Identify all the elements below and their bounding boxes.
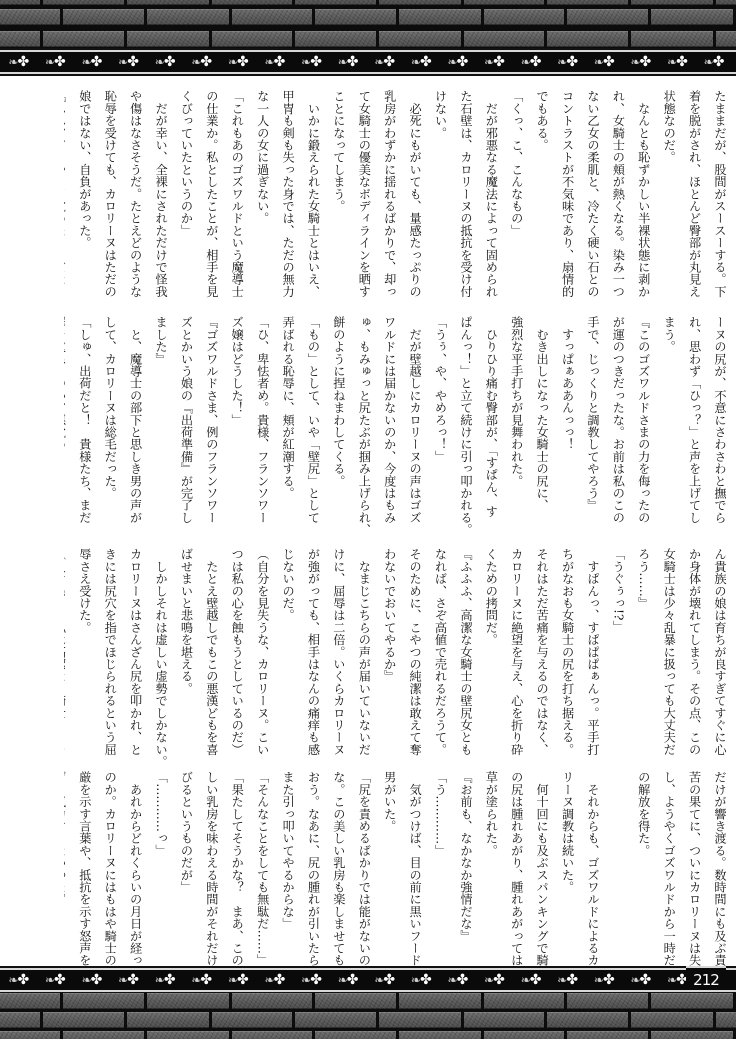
- vine-flower-ornament-icon: ❧✤: [146, 970, 183, 991]
- brick: [567, 1031, 648, 1039]
- text-column: 「う…………」: [427, 771, 452, 983]
- quatrefoil-flower-icon: ✤: [237, 54, 248, 70]
- text-column: 草が塗られた。: [478, 771, 503, 983]
- text-column: 「そんなことをしても無駄だ……」: [249, 771, 274, 983]
- text-column: 『ふふ、どうやら目覚めたようだな』: [64, 90, 71, 302]
- text-column: のか。カロリーヌにはもはや騎士の威: [97, 771, 122, 983]
- brick: [232, 9, 312, 25]
- text-column: て女騎士の優美なボディラインを晒す: [351, 90, 376, 302]
- vine-flower-ornament-icon: ❧✤: [146, 52, 183, 73]
- vine-flower-ornament-icon: ❧✤: [512, 52, 549, 73]
- text-column: と、魔導士の部下と思しき男の声が: [122, 316, 147, 528]
- brick: [631, 0, 713, 5]
- brick: [0, 1012, 40, 1028]
- text-column: な。この美しい乳房も楽しませてもら: [326, 771, 351, 983]
- vine-icon: ❧: [557, 55, 566, 69]
- vine-icon: ❧: [301, 55, 310, 69]
- vine-icon: ❧: [118, 55, 127, 69]
- vine-flower-ornament-icon: ❧✤: [622, 970, 659, 991]
- quatrefoil-flower-icon: ✤: [17, 54, 28, 70]
- brick-row: [0, 0, 736, 5]
- text-column: 乳房がわずかに揺れるばかりで、却っ: [376, 90, 401, 302]
- text-column: だけが響き渡る。数時間にも及ぶ責め: [707, 771, 732, 983]
- vine-flower-ornament-icon: ❧✤: [183, 52, 220, 73]
- quatrefoil-flower-icon: ✤: [676, 54, 687, 70]
- text-column: くための拷問だ。: [478, 548, 503, 760]
- brick: [295, 1012, 376, 1028]
- vine-icon: ❧: [228, 973, 237, 987]
- vine-icon: ❧: [82, 973, 91, 987]
- vine-flower-ornament-icon: ❧✤: [329, 52, 366, 73]
- text-column: カロリーヌはさんざん尻を叩かれ、と: [122, 548, 147, 760]
- vine-flower-ornament-icon: ❧✤: [659, 52, 696, 73]
- text-column: おう。なあに、尻の腫れが引いたら、: [300, 771, 325, 983]
- quatrefoil-flower-icon: ✤: [347, 972, 358, 988]
- text-column: なまじこちらの声が届いていないだ: [351, 548, 376, 760]
- vine-flower-ornament-icon: ❧✤: [110, 52, 147, 73]
- quatrefoil-flower-icon: ✤: [17, 972, 28, 988]
- vine-icon: ❧: [45, 973, 54, 987]
- quatrefoil-flower-icon: ✤: [91, 54, 102, 70]
- brick: [147, 993, 229, 1009]
- vine-flower-ornament-icon: ❧✤: [37, 970, 74, 991]
- text-column: ん貴族の娘は育ちが良すぎてすぐに心: [707, 548, 732, 760]
- brick: [232, 993, 312, 1009]
- brick: [484, 1031, 564, 1039]
- vine-flower-ornament-icon: ❧✤: [732, 52, 736, 73]
- text-column: ばせまいと悲鳴を堪える。: [173, 548, 198, 760]
- vine-flower-ornament-icon: ❧✤: [0, 52, 37, 73]
- text-column: すっぱぁああんっっ！: [554, 316, 579, 528]
- text-column: いかに鍛えられた女騎士とはいえ、: [300, 90, 325, 302]
- vine-flower-ornament-icon: ❧✤: [256, 52, 293, 73]
- bottom-ornament-band: ❧✤❧✤❧✤❧✤❧✤❧✤❧✤❧✤❧✤❧✤❧✤❧✤❧✤❧✤❧✤❧✤❧✤❧✤❧✤❧✤…: [0, 968, 736, 992]
- vine-flower-ornament-icon: ❧✤: [73, 52, 110, 73]
- quatrefoil-flower-icon: ✤: [713, 54, 724, 70]
- text-column: 「うぅ、や、やめろっ！」: [427, 316, 452, 528]
- vine-flower-ornament-icon: ❧✤: [586, 970, 623, 991]
- vine-icon: ❧: [265, 55, 274, 69]
- text-column: びるというものだが」: [173, 771, 198, 983]
- text-column: 必死にもがいても、量感たっぷりの: [402, 90, 427, 302]
- brick: [315, 9, 396, 25]
- brick: [547, 1012, 628, 1028]
- quatrefoil-flower-icon: ✤: [640, 54, 651, 70]
- text-column: 甲冑も剣も失った身では、ただの無力: [275, 90, 300, 302]
- brick: [399, 993, 481, 1009]
- vine-icon: ❧: [667, 973, 676, 987]
- text-column: 苦の果てに、ついにカロリーヌは失神: [681, 771, 706, 983]
- brick: [43, 1012, 124, 1028]
- top-stone-border: [0, 0, 736, 49]
- text-column: ひりひり痛む臀部が、「すぱん、す: [478, 316, 503, 528]
- vine-icon: ❧: [155, 973, 164, 987]
- quatrefoil-flower-icon: ✤: [54, 54, 65, 70]
- quatrefoil-flower-icon: ✤: [164, 972, 175, 988]
- vine-flower-ornament-icon: ❧✤: [366, 52, 403, 73]
- brick: [63, 9, 144, 25]
- text-column: 「果たしてそうかな？ まあ、この美: [224, 771, 249, 983]
- quatrefoil-flower-icon: ✤: [200, 54, 211, 70]
- text-column: して、カロリーヌは総毛だった。: [97, 316, 122, 528]
- text-column: たとえ壁越しでもこの悪漢どもを喜: [198, 548, 223, 760]
- quatrefoil-flower-icon: ✤: [493, 54, 504, 70]
- vine-flower-ornament-icon: ❧✤: [549, 52, 586, 73]
- vine-icon: ❧: [118, 973, 127, 987]
- top-ornament-band: ❧✤❧✤❧✤❧✤❧✤❧✤❧✤❧✤❧✤❧✤❧✤❧✤❧✤❧✤❧✤❧✤❧✤❧✤❧✤❧✤…: [0, 50, 736, 74]
- quatrefoil-flower-icon: ✤: [237, 972, 248, 988]
- vine-flower-ornament-icon: ❧✤: [549, 970, 586, 991]
- text-column: だが邪悪なる魔法によって固められ: [478, 90, 503, 302]
- vine-flower-ornament-icon: ❧✤: [622, 52, 659, 73]
- brick: [147, 9, 229, 25]
- quatrefoil-flower-icon: ✤: [127, 972, 138, 988]
- brick: [379, 1012, 461, 1028]
- brick-row: [0, 1012, 736, 1028]
- text-column: 「しゅ、出荷だと！ 貴様たち、まだ: [71, 316, 96, 528]
- brick: [232, 1031, 312, 1039]
- vine-flower-ornament-icon: ❧✤: [476, 52, 513, 73]
- vine-icon: ❧: [630, 55, 639, 69]
- brick-row: [0, 31, 736, 47]
- brick: [716, 31, 736, 47]
- text-column: 「…………っ」: [148, 771, 173, 983]
- vine-flower-ornament-icon: ❧✤: [439, 970, 476, 991]
- quatrefoil-flower-icon: ✤: [200, 972, 211, 988]
- quatrefoil-flower-icon: ✤: [530, 972, 541, 988]
- vine-flower-ornament-icon: ❧✤: [0, 970, 37, 991]
- vine-icon: ❧: [228, 55, 237, 69]
- text-column: 「ひ、卑怯者め。貴様、フランソワー: [249, 316, 274, 528]
- text-column: れ、女騎士の頬が熱くなる。染み一つ: [605, 90, 630, 302]
- vine-icon: ❧: [448, 973, 457, 987]
- brick: [63, 993, 144, 1009]
- brick: [315, 993, 396, 1009]
- text-column: 女騎士は少々乱暴に扱っても大丈夫だ: [656, 548, 681, 760]
- quatrefoil-flower-icon: ✤: [383, 972, 394, 988]
- brick: [212, 1012, 292, 1028]
- text-column: つは私の心を蝕もうとしているのだ）: [224, 548, 249, 760]
- text-column: 餅のように捏ねまわしてくる。: [326, 316, 351, 528]
- text-tier-4: だけが響き渡る。数時間にも及ぶ責め苦の果てに、ついにカロリーヌは失神し、ようやく…: [64, 771, 732, 983]
- text-column: それからも、ゴズワルドによるカロ: [580, 771, 605, 983]
- brick: [716, 0, 736, 5]
- page-number: 212: [686, 966, 726, 990]
- brick: [399, 9, 481, 25]
- text-column: たままだが、股間がスースーする。下: [707, 90, 732, 302]
- text-column: げる気力すらなかった。: [64, 771, 71, 983]
- quatrefoil-flower-icon: ✤: [310, 972, 321, 988]
- text-column: 着を脱がされ、ほとんど臀部が丸見え: [681, 90, 706, 302]
- brick: [651, 9, 733, 25]
- brick: [0, 1031, 60, 1039]
- text-column: ズ嬢はどうした！」: [224, 316, 249, 528]
- quatrefoil-flower-icon: ✤: [493, 972, 504, 988]
- text-column: や傷はなさそうだ。たとえどのような: [122, 90, 147, 302]
- brick: [127, 31, 209, 47]
- text-column: ワルドには届かないのか、今度はもみ: [376, 316, 401, 528]
- text-column: ろう……』: [630, 548, 655, 760]
- brick: [147, 1031, 229, 1039]
- brick-row: [0, 1031, 736, 1039]
- vine-flower-ornament-icon: ❧✤: [732, 970, 736, 991]
- text-column: 『このゴズワルドさまの力を侮ったの: [630, 316, 655, 528]
- vine-icon: ❧: [630, 973, 639, 987]
- brick: [484, 993, 564, 1009]
- brick: [399, 1031, 481, 1039]
- text-column: 男がいた。: [376, 771, 401, 983]
- text-column: ズとかいう娘の『出荷準備』が完了し: [173, 316, 198, 528]
- quatrefoil-flower-icon: ✤: [347, 54, 358, 70]
- quatrefoil-flower-icon: ✤: [383, 54, 394, 70]
- brick: [716, 1012, 736, 1028]
- text-column: 弄ばれる恥辱に、頬が紅潮する。: [275, 316, 300, 528]
- vine-icon: ❧: [411, 973, 420, 987]
- vine-flower-ornament-icon: ❧✤: [403, 970, 440, 991]
- text-column: 辱さえ受けた。: [71, 548, 96, 760]
- vine-flower-ornament-icon: ❧✤: [220, 52, 257, 73]
- quatrefoil-flower-icon: ✤: [457, 54, 468, 70]
- brick-row: [0, 993, 736, 1009]
- vine-flower-ornament-icon: ❧✤: [512, 970, 549, 991]
- text-column: ない乙女の柔肌と、冷たく硬い石との: [580, 90, 605, 302]
- text-column: コントラストが不気味であり、扇情的: [554, 90, 579, 302]
- quatrefoil-flower-icon: ✤: [566, 54, 577, 70]
- quatrefoil-flower-icon: ✤: [127, 54, 138, 70]
- vine-flower-ornament-icon: ❧✤: [183, 970, 220, 991]
- text-column: それはただ苦痛を与えるのではなく、: [529, 548, 554, 760]
- text-column: し、ようやくゴズワルドから一時だけ: [656, 771, 681, 983]
- text-column: 「もの」として、いや「壁尻」として: [300, 316, 325, 528]
- text-column: 恥辱を受けても、カロリーヌはただの: [97, 90, 122, 302]
- text-column: なんとも恥ずかしい半裸状態に剥か: [630, 90, 655, 302]
- vine-icon: ❧: [45, 55, 54, 69]
- text-column: た石壁は、カロリーヌの抵抗を受け付: [453, 90, 478, 302]
- brick-row: [0, 9, 736, 25]
- text-column: 強烈な平手打ちが見舞われた。: [503, 316, 528, 528]
- text-column: 『ふふふ、高潔な女騎士の壁尻女とも: [453, 548, 478, 760]
- text-column: （負けぬ……私は高潔なる騎士！ そ: [64, 548, 71, 760]
- quatrefoil-flower-icon: ✤: [530, 54, 541, 70]
- text-tier-1: たままだが、股間がスースーする。下着を脱がされ、ほとんど臀部が丸見え状態なのだ。…: [64, 90, 732, 302]
- text-column: しかしそれは虚しい虚勢でしかない。: [148, 548, 173, 760]
- text-column: しい乳房を味わえる時間がそれだけ延: [198, 771, 223, 983]
- text-column: 状態なのだ。: [656, 90, 681, 302]
- text-column: すぱんっ、すぱぱぱぁんっ。平手打: [580, 548, 605, 760]
- vine-flower-ornament-icon: ❧✤: [293, 52, 330, 73]
- quatrefoil-flower-icon: ✤: [603, 972, 614, 988]
- quatrefoil-flower-icon: ✤: [91, 972, 102, 988]
- text-column: 「うぐぅっ!?」: [605, 548, 630, 760]
- vine-icon: ❧: [338, 55, 347, 69]
- text-column: また引っ叩いてやるからな」: [275, 771, 300, 983]
- text-column: ーヌの尻が、不意にさわさわと撫でら: [707, 316, 732, 528]
- brick: [43, 0, 124, 5]
- vine-flower-ornament-icon: ❧✤: [476, 970, 513, 991]
- vine-icon: ❧: [521, 55, 530, 69]
- text-column: 『お前も、なかなか強情だな』: [453, 771, 478, 983]
- quatrefoil-flower-icon: ✤: [420, 54, 431, 70]
- text-column: [605, 771, 630, 983]
- vine-icon: ❧: [667, 55, 676, 69]
- text-column: （自分を見失うな、カロリーヌ。こい: [249, 548, 274, 760]
- vine-flower-ornament-icon: ❧✤: [366, 970, 403, 991]
- quatrefoil-flower-icon: ✤: [640, 972, 651, 988]
- vine-flower-ornament-icon: ❧✤: [73, 970, 110, 991]
- text-column: わないでおいてやるか』: [376, 548, 401, 760]
- text-column: けに、屈辱は二倍。いくらカロリーヌ: [326, 548, 351, 760]
- text-column: ゅ、もみゅっと尻たぶが掴み上げられ、: [351, 316, 376, 528]
- text-column: むき出しになった女騎士の尻に、: [529, 316, 554, 528]
- text-column: の尻は腫れあがり、腫れあがっては薬: [503, 771, 528, 983]
- brick: [127, 1012, 209, 1028]
- text-column: な一人の女に過ぎない。: [249, 90, 274, 302]
- brick: [567, 993, 648, 1009]
- text-column: カロリーヌに絶望を与え、心を折り砕: [503, 548, 528, 760]
- vine-icon: ❧: [448, 55, 457, 69]
- brick: [464, 1012, 544, 1028]
- vine-icon: ❧: [411, 55, 420, 69]
- brick: [547, 0, 628, 5]
- quatrefoil-flower-icon: ✤: [457, 972, 468, 988]
- bottom-stone-border: [0, 993, 736, 1039]
- brick: [0, 9, 60, 25]
- brick: [379, 0, 461, 5]
- vine-flower-ornament-icon: ❧✤: [256, 970, 293, 991]
- text-column: 厳を示す言葉や、抵抗を示す怒声を上: [71, 771, 96, 983]
- text-column: ことになってしまう。: [326, 90, 351, 302]
- brick: [631, 1012, 713, 1028]
- text-tier-2: ーヌの尻が、不意にさわさわと撫でられ、思わず「ひっ？」と声を上げてしまう。『この…: [64, 316, 732, 528]
- text-column: 「尻を責めるばかりでは能がないので: [351, 771, 376, 983]
- text-column: の仕業か。私としたことが、相手を見: [198, 90, 223, 302]
- vine-flower-ornament-icon: ❧✤: [329, 970, 366, 991]
- brick: [0, 31, 40, 47]
- vine-flower-ornament-icon: ❧✤: [220, 970, 257, 991]
- quatrefoil-flower-icon: ✤: [420, 972, 431, 988]
- vine-flower-ornament-icon: ❧✤: [37, 52, 74, 73]
- text-column: ちがなおも女騎士の尻を打ち据える。: [554, 548, 579, 760]
- brick: [127, 0, 209, 5]
- text-column: きには尻穴を指でほじられるという屈: [97, 548, 122, 760]
- text-column: 手で、じっくりと調教してやろう』: [580, 316, 605, 528]
- vine-flower-ornament-icon: ❧✤: [586, 52, 623, 73]
- text-column: 「これもあのゴズワルドという魔導士: [224, 90, 249, 302]
- brick: [43, 31, 124, 47]
- brick: [379, 31, 461, 47]
- text-column: の解放を得た。: [630, 771, 655, 983]
- brick: [315, 1031, 396, 1039]
- quatrefoil-flower-icon: ✤: [274, 972, 285, 988]
- text-column: 罪を重ねるのか、悪党め！」: [64, 316, 71, 528]
- vine-icon: ❧: [301, 973, 310, 987]
- text-column: でもある。: [529, 90, 554, 302]
- quatrefoil-flower-icon: ✤: [603, 54, 614, 70]
- brick: [295, 31, 376, 47]
- quatrefoil-flower-icon: ✤: [566, 972, 577, 988]
- text-column: れ、思わず「ひっ？」と声を上げてし: [681, 316, 706, 528]
- vine-icon: ❧: [594, 55, 603, 69]
- vine-flower-ornament-icon: ❧✤: [403, 52, 440, 73]
- text-column: あれからどれくらいの月日が経った: [122, 771, 147, 983]
- text-tier-3: ん貴族の娘は育ちが良すぎてすぐに心か身体が壊れてしまう。その点、この女騎士は少々…: [64, 548, 732, 760]
- brick: [0, 0, 40, 5]
- text-column: ました』: [148, 316, 173, 528]
- text-column: か身体が壊れてしまう。その点、この: [681, 548, 706, 760]
- text-column: が強がっても、相手はなんの痛痒も感: [300, 548, 325, 760]
- vine-icon: ❧: [484, 973, 493, 987]
- brick: [484, 9, 564, 25]
- brick: [651, 993, 733, 1009]
- text-column: 何十回にも及ぶスパンキングで騎士: [529, 771, 554, 983]
- brick: [464, 31, 544, 47]
- text-column: 娘ではない、自負があった。: [71, 90, 96, 302]
- brick: [567, 9, 648, 25]
- text-column: けない。: [427, 90, 452, 302]
- vine-flower-ornament-icon: ❧✤: [110, 970, 147, 991]
- text-column: なれば、さぞ高値で売れるだろうて。: [427, 548, 452, 760]
- vine-icon: ❧: [155, 55, 164, 69]
- text-column: ぱんっ！」と立て続けに引っ叩かれる。: [453, 316, 478, 528]
- text-column: リーヌ調教は続いた。: [554, 771, 579, 983]
- vine-icon: ❧: [265, 973, 274, 987]
- vine-icon: ❧: [521, 973, 530, 987]
- text-column: くびっていたというのか」: [173, 90, 198, 302]
- text-column: が運のつきだったな。お前は私のこの: [605, 316, 630, 528]
- text-column: じないのだ。: [275, 548, 300, 760]
- vine-flower-ornament-icon: ❧✤: [439, 52, 476, 73]
- quatrefoil-flower-icon: ✤: [54, 972, 65, 988]
- brick: [547, 31, 628, 47]
- brick: [63, 1031, 144, 1039]
- vine-icon: ❧: [557, 973, 566, 987]
- brick: [212, 31, 292, 47]
- text-column: 「くっ、こ、こんなもの」: [503, 90, 528, 302]
- quatrefoil-flower-icon: ✤: [274, 54, 285, 70]
- vine-icon: ❧: [704, 55, 713, 69]
- brick: [651, 1031, 733, 1039]
- quatrefoil-flower-icon: ✤: [164, 54, 175, 70]
- text-column: だが幸い、全裸にされただけで怪我: [148, 90, 173, 302]
- text-column: 気がつけば、目の前に黒いフードの: [402, 771, 427, 983]
- brick: [295, 0, 376, 5]
- text-column: まう。: [656, 316, 681, 528]
- text-column: 『ゴズワルドさま、例のフランソワー: [198, 316, 223, 528]
- vine-flower-ornament-icon: ❧✤: [695, 52, 732, 73]
- vine-icon: ❧: [82, 55, 91, 69]
- vine-icon: ❧: [594, 973, 603, 987]
- text-column: そのために、こやつの純潔は敢えて奪: [402, 548, 427, 760]
- vine-icon: ❧: [338, 973, 347, 987]
- vine-flower-ornament-icon: ❧✤: [293, 970, 330, 991]
- quatrefoil-flower-icon: ✤: [310, 54, 321, 70]
- text-column: だが壁越しにカロリーヌの声はゴズ: [402, 316, 427, 528]
- brick: [631, 31, 713, 47]
- brick: [0, 993, 60, 1009]
- vine-icon: ❧: [484, 55, 493, 69]
- brick: [464, 0, 544, 5]
- brick: [212, 0, 292, 5]
